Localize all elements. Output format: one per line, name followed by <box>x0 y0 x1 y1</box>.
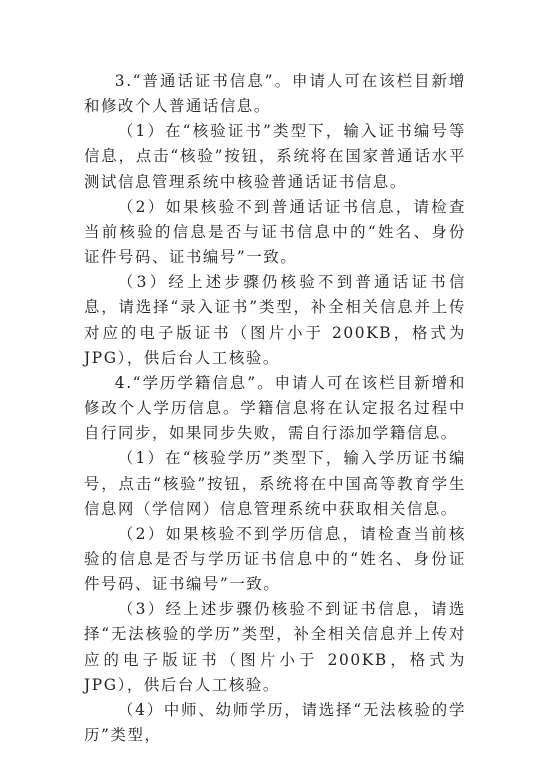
section-3-step-2: （2）如果核验不到普通话证书信息，请检查当前核验的信息是否与证书信息中的“姓名、… <box>84 195 466 270</box>
section-3-step-1: （1）在“核验证书”类型下，输入证书编号等信息，点击“核验”按钮，系统将在国家普… <box>84 119 466 194</box>
section-4-education-info: 4.“学历学籍信息”。申请人可在该栏目新增和修改个人学历信息。学籍信息将在认定报… <box>84 371 466 446</box>
document-page: 3.“普通话证书信息”。申请人可在该栏目新增和修改个人普通话信息。 （1）在“核… <box>84 69 466 748</box>
section-4-step-3: （3）经上述步骤仍核验不到证书信息，请选择“无法核验的学历”类型，补全相关信息并… <box>84 597 466 698</box>
section-4-step-4: （4）中师、幼师学历，请选择“无法核验的学历”类型， <box>84 698 466 748</box>
section-3-step-3: （3）经上述步骤仍核验不到普通话证书信息，请选择“录入证书”类型，补全相关信息并… <box>84 270 466 371</box>
section-4-step-2: （2）如果核验不到学历信息，请检查当前核验的信息是否与学历证书信息中的“姓名、身… <box>84 522 466 597</box>
section-3-mandarin-certificate: 3.“普通话证书信息”。申请人可在该栏目新增和修改个人普通话信息。 <box>84 69 466 119</box>
section-4-step-1: （1）在“核验学历”类型下，输入学历证书编号，点击“核验”按钮，系统将在中国高等… <box>84 446 466 521</box>
